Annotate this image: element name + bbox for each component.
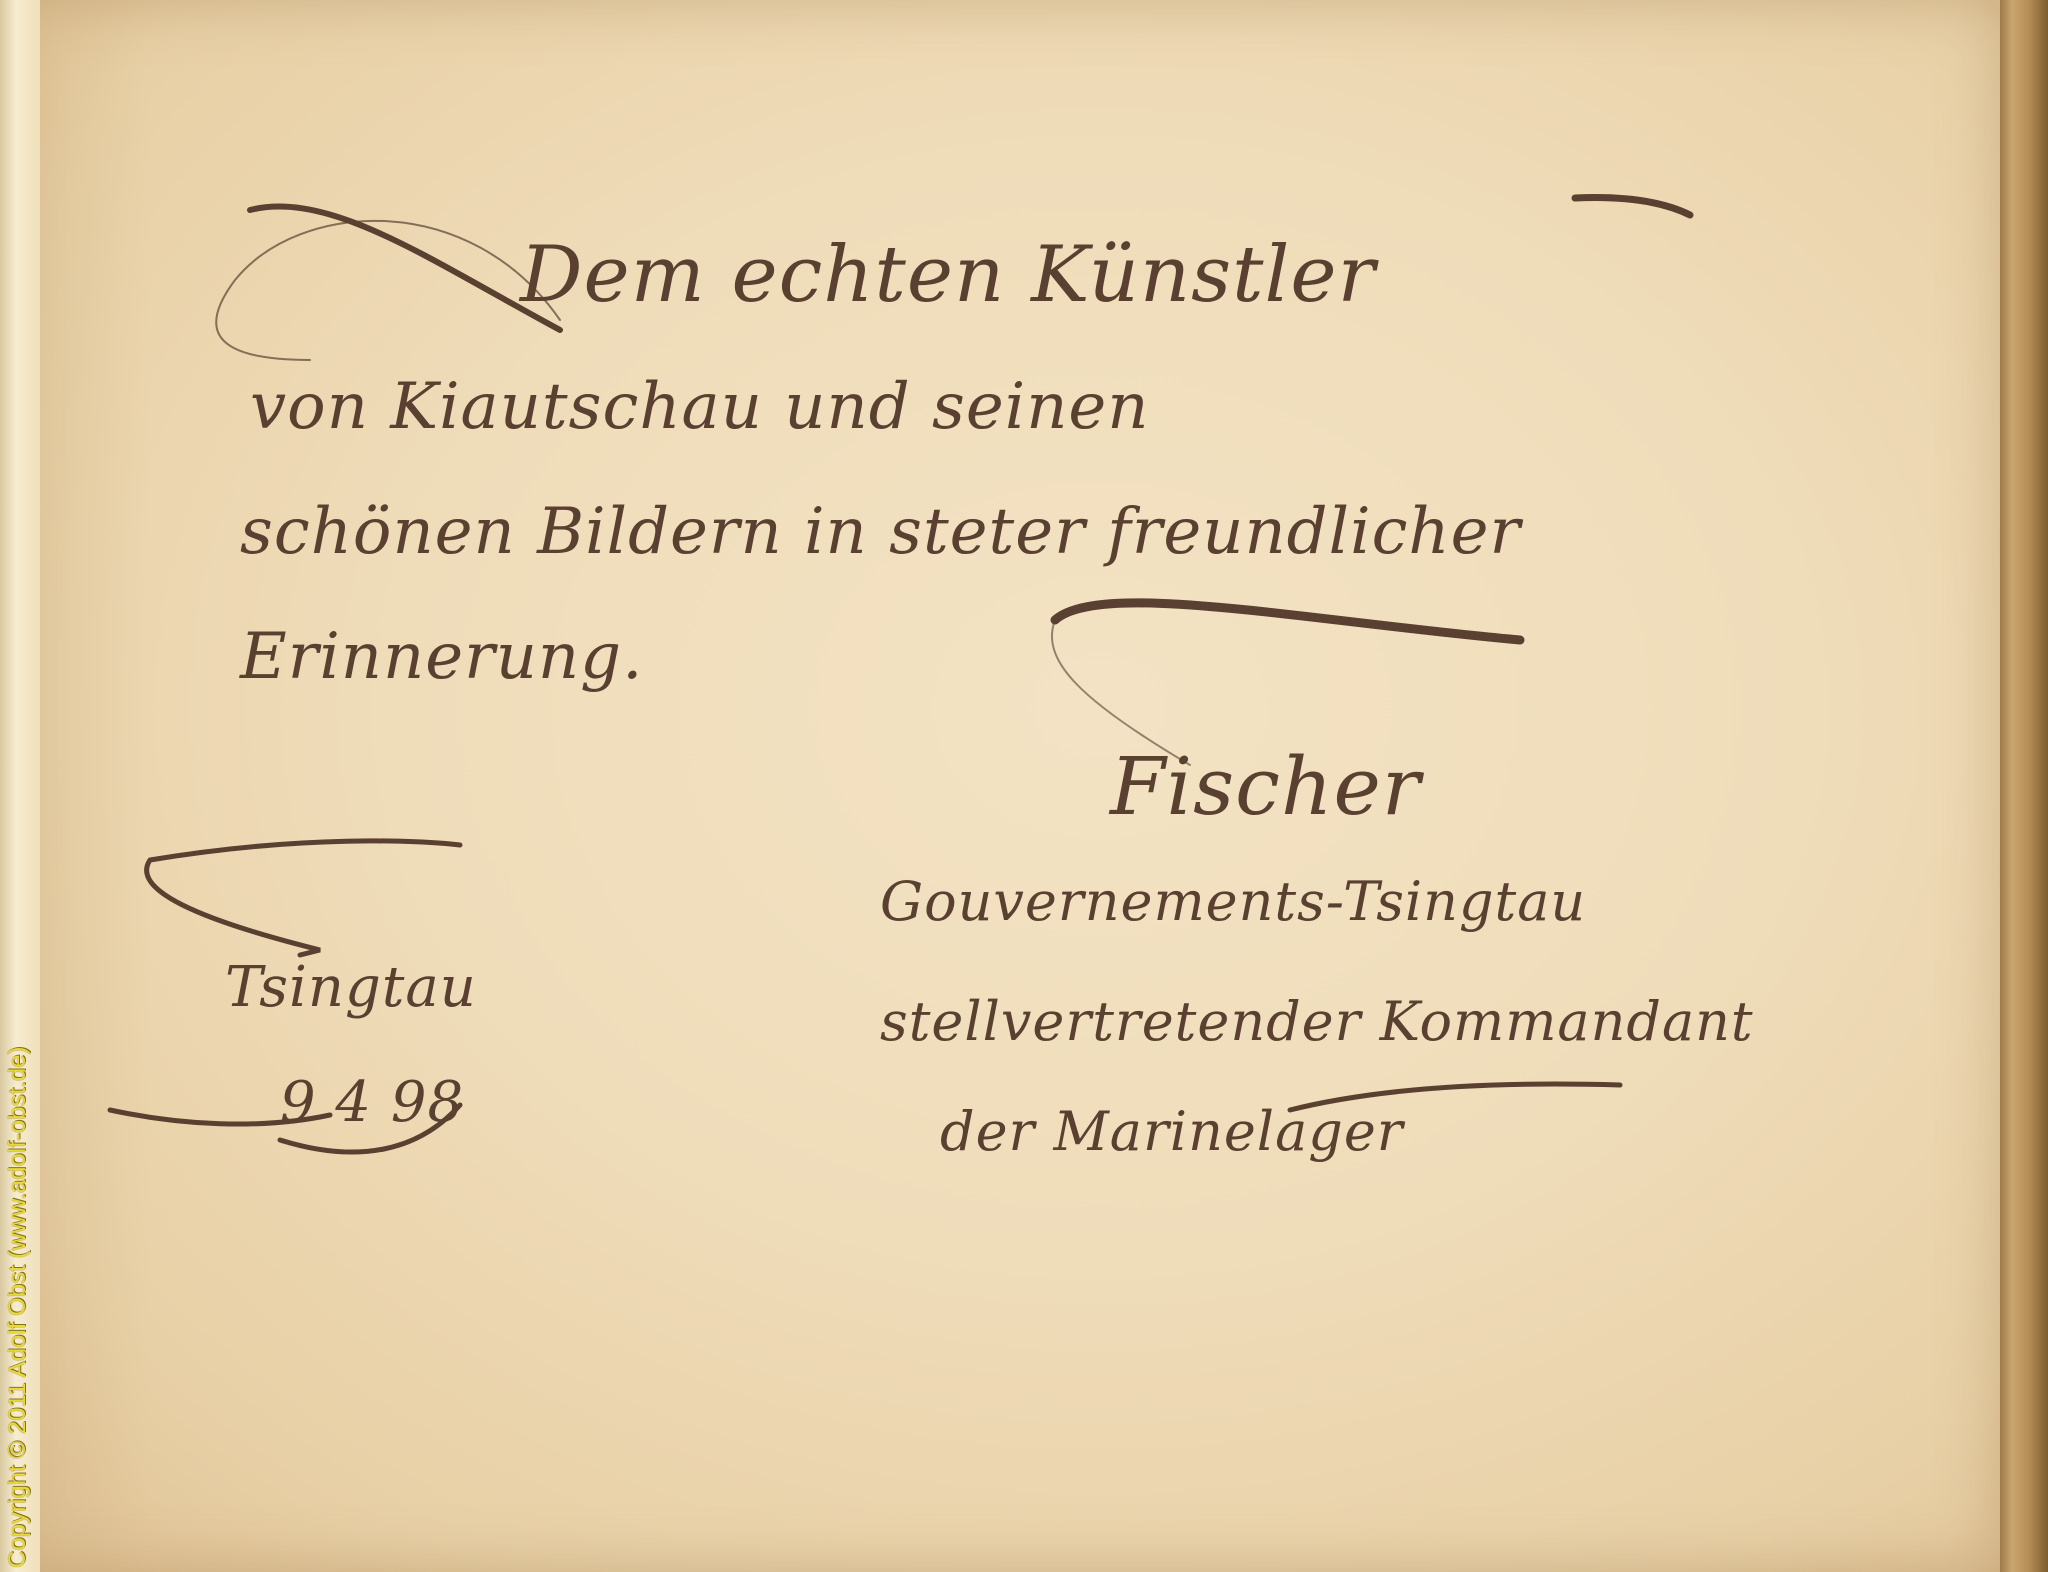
signature-name: Fischer bbox=[1110, 740, 1421, 833]
dedication-line-4: Erinnerung. bbox=[240, 620, 643, 694]
dedication-line-2: von Kiautschau und seinen bbox=[250, 370, 1150, 444]
dedication-line-3: schönen Bildern in steter freundlicher bbox=[240, 495, 1521, 569]
place-text: Tsingtau bbox=[225, 955, 477, 1020]
dedication-line-1: Dem echten Künstler bbox=[520, 230, 1376, 320]
page-edge bbox=[2000, 0, 2048, 1572]
signature-title-2: stellvertretender Kommandant bbox=[880, 990, 1754, 1053]
signature-title-3: der Marinelager bbox=[940, 1100, 1404, 1163]
date-text: 9 4 98 bbox=[280, 1070, 464, 1135]
copyright-watermark: Copyright © 2011 Adolf Obst (www.adolf-o… bbox=[4, 888, 32, 1568]
fold-shadow bbox=[40, 0, 150, 1572]
signature-title-1: Gouvernements-Tsingtau bbox=[880, 870, 1586, 933]
